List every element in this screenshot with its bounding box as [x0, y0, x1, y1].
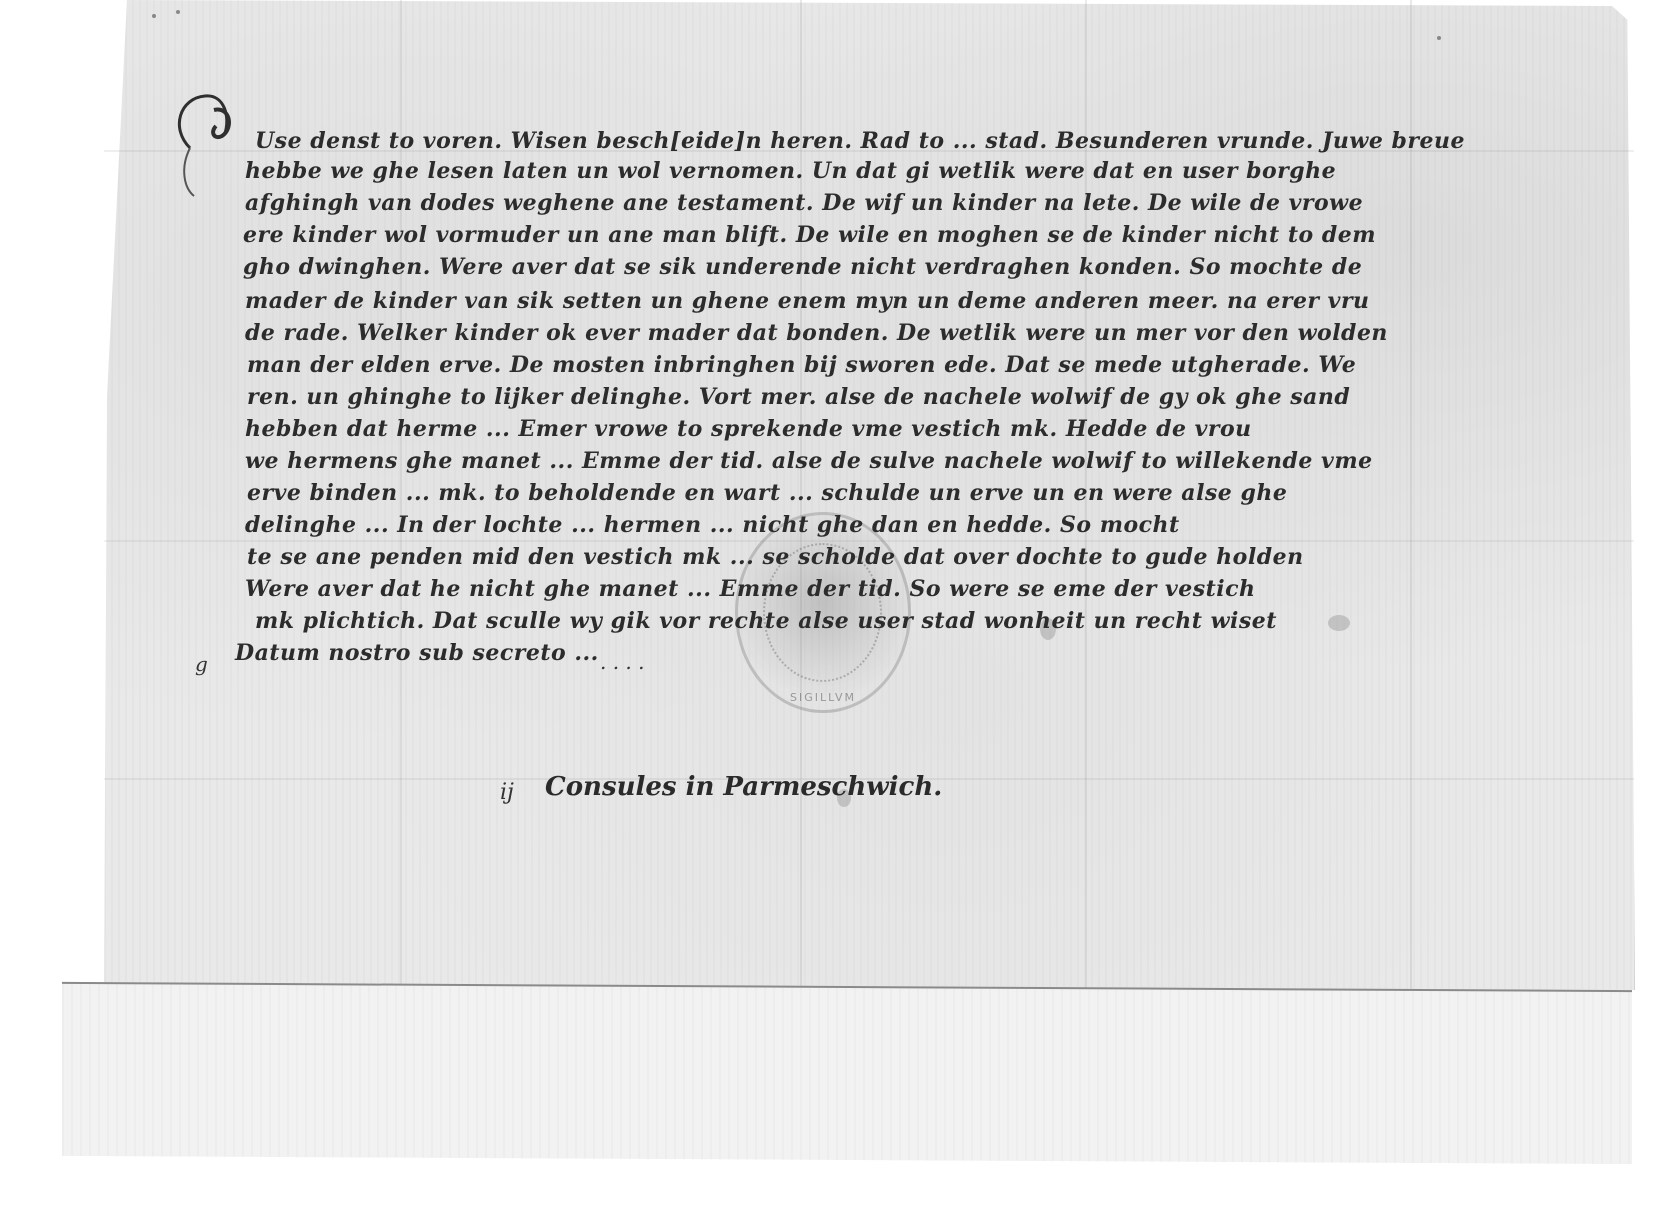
speck — [152, 14, 156, 18]
text-line: de rade. Welker kinder ok ever mader dat… — [245, 320, 1388, 346]
text-line: afghingh van dodes weghene ane testament… — [245, 190, 1363, 216]
text-line: ere kinder wol vormuder un ane man blift… — [243, 222, 1376, 248]
decorated-initial-icon — [170, 88, 242, 198]
stain-mark — [1328, 615, 1350, 631]
text-line: man der elden erve. De mosten inbringhen… — [247, 352, 1356, 378]
text-line: hebbe we ghe lesen laten un wol vernomen… — [245, 158, 1336, 184]
speck — [1437, 36, 1441, 40]
speck — [176, 10, 180, 14]
bottom-paper-strip — [62, 982, 1632, 1164]
text-line: Were aver dat he nicht ghe manet ... Emm… — [245, 576, 1256, 602]
text-line: gho dwinghen. Were aver dat se sik under… — [243, 254, 1362, 280]
text-line: mader de kinder van sik setten un ghene … — [245, 288, 1370, 314]
text-line: hebben dat herme ... Emer vrowe to sprek… — [245, 416, 1252, 442]
text-line: erve binden ... mk. to beholdende en war… — [247, 480, 1287, 506]
seal-legend: SIGILLVM — [738, 691, 908, 704]
closing-dots: . . . . — [600, 650, 645, 674]
text-line: we hermens ghe manet ... Emme der tid. a… — [245, 448, 1373, 474]
address-line: Consules in Parmeschwich. — [545, 772, 942, 802]
text-line: delinghe ... In der lochte ... hermen ..… — [245, 512, 1180, 538]
text-line: mk plichtich. Dat sculle wy gik vor rech… — [255, 608, 1277, 634]
address-prefix: ij — [500, 780, 514, 805]
text-line: Use denst to voren. Wisen besch[eide]n h… — [255, 128, 1465, 154]
text-line: te se ane penden mid den vestich mk ... … — [247, 544, 1304, 570]
text-line: ren. un ghinghe to lijker delinghe. Vort… — [247, 384, 1350, 410]
dating-clause: Datum nostro sub secreto ... — [235, 640, 599, 666]
margin-mark: g — [195, 652, 208, 676]
